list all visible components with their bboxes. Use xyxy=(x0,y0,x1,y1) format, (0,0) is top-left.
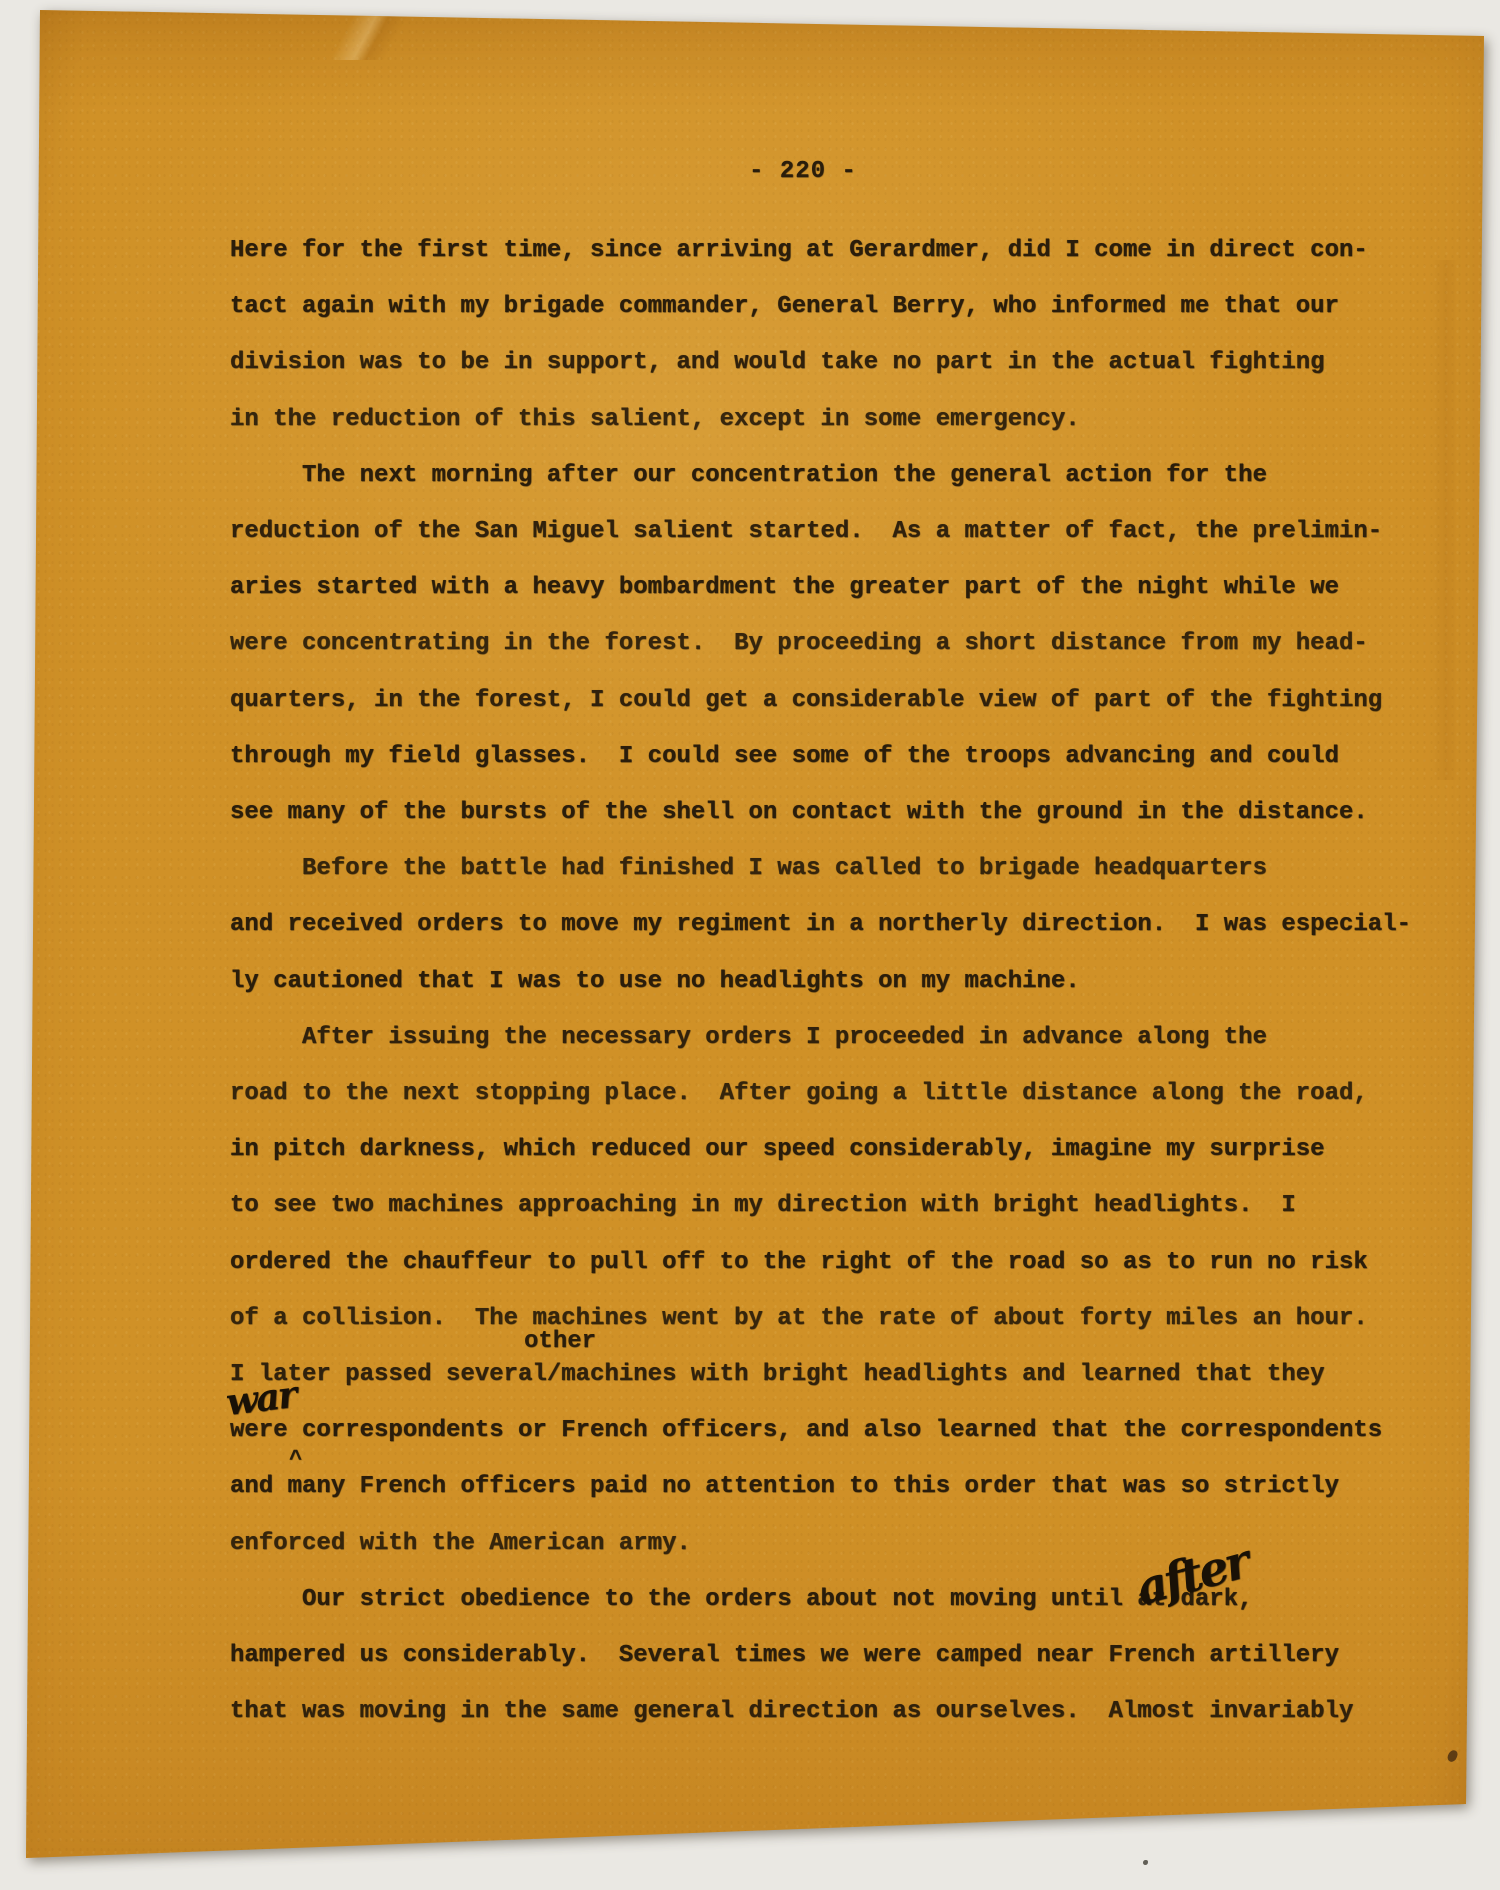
typescript-line: Our strict obedience to the orders about… xyxy=(230,1585,1253,1615)
paper-shadow-wrap: - 220 - Here for the first time, since a… xyxy=(0,0,1500,1890)
typescript-line: in pitch darkness, which reduced our spe… xyxy=(230,1135,1325,1165)
paper-crease-top xyxy=(285,0,460,60)
typescript-line: reduction of the San Miguel salient star… xyxy=(230,517,1382,547)
typescript-line: of a collision. The machines went by at … xyxy=(230,1304,1368,1334)
typescript-line: tact again with my brigade commander, Ge… xyxy=(230,292,1339,322)
typescript-line: road to the next stopping place. After g… xyxy=(230,1079,1368,1109)
typescript-line: that was moving in the same general dire… xyxy=(230,1697,1353,1727)
typescript-line: were correspondents or French officers, … xyxy=(230,1416,1382,1446)
typescript-page: - 220 - Here for the first time, since a… xyxy=(0,0,1500,1890)
paper-crease-right xyxy=(1432,260,1458,780)
typescript-line: Here for the first time, since arriving … xyxy=(230,236,1368,266)
ink-speck-paper xyxy=(1446,1749,1458,1763)
typescript-line: enforced with the American army. xyxy=(230,1529,691,1559)
typescript-line: division was to be in support, and would… xyxy=(230,348,1325,378)
scan-background: - 220 - Here for the first time, since a… xyxy=(0,0,1500,1890)
typescript-line: ly cautioned that I was to use no headli… xyxy=(230,967,1080,997)
handwritten-insert-war: war xyxy=(224,1372,298,1424)
typescript-line: see many of the bursts of the shell on c… xyxy=(230,798,1368,828)
typescript-line: in the reduction of this salient, except… xyxy=(230,405,1080,435)
interline-insert-other: other xyxy=(524,1328,596,1355)
typescript-line: ordered the chauffeur to pull off to the… xyxy=(230,1248,1368,1278)
typescript-line: and received orders to move my regiment … xyxy=(230,910,1411,940)
typescript-line: aries started with a heavy bombardment t… xyxy=(230,573,1339,603)
typescript-line: I later passed several/machines with bri… xyxy=(230,1360,1325,1390)
typescript-line: through my field glasses. I could see so… xyxy=(230,742,1339,772)
typescript-line: After issuing the necessary orders I pro… xyxy=(230,1023,1267,1053)
typescript-line: were concentrating in the forest. By pro… xyxy=(230,629,1368,659)
typescript-line: Before the battle had finished I was cal… xyxy=(230,854,1267,884)
typescript-line: to see two machines approaching in my di… xyxy=(230,1191,1296,1221)
typescript-line: and many French officers paid no attenti… xyxy=(230,1472,1339,1502)
typescript-line: The next morning after our concentration… xyxy=(230,461,1267,491)
insertion-caret-mark: ^ xyxy=(289,1447,302,1472)
typescript-line: hampered us considerably. Several times … xyxy=(230,1641,1339,1671)
page-number: - 220 - xyxy=(749,158,857,185)
typescript-line: quarters, in the forest, I could get a c… xyxy=(230,686,1382,716)
